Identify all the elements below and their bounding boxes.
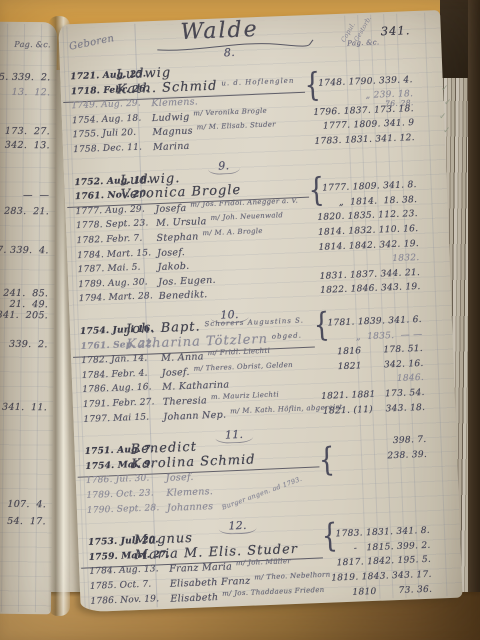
row-date: 1785. Oct. 7. xyxy=(90,580,152,592)
check-mark-icon: ✓ xyxy=(443,126,451,136)
row-values: „ 1835. — — xyxy=(356,330,423,343)
row-marriage-note: m/ Veronika Brogle xyxy=(193,107,267,118)
row-name: M. Katharina xyxy=(162,380,229,394)
row-marriage-note: m/ M. Elisab. Studer xyxy=(197,121,276,132)
previous-page-fragment: 7. 339. 4. xyxy=(0,245,49,257)
row-marriage-note: u. d. Hoflenglen xyxy=(221,76,294,87)
row-date: 1789. Aug. 30. xyxy=(78,277,148,290)
row-date: 1787. Mai. 5. xyxy=(78,263,141,275)
row-name: Klemens. xyxy=(151,97,198,110)
check-mark-icon: ✓ xyxy=(444,98,452,108)
row-date: 1784. Febr. 4. xyxy=(82,368,148,381)
row-marriage-note: m/ Theo. Nebelhorn xyxy=(254,571,330,582)
previous-page-fragment: 13. 12. xyxy=(12,87,51,98)
previous-page-fragment: 173. 27. xyxy=(5,126,50,137)
row-name: Josef. xyxy=(157,247,185,259)
previous-page-fragment: 339. 2. xyxy=(9,339,48,350)
row-date: 1758. Dec. 11. xyxy=(73,143,142,156)
row-date: 1782. Jan. 14. xyxy=(81,354,148,367)
row-marriage-note: m/ Joh. Neuenwald xyxy=(210,212,283,223)
row-name: Josef. xyxy=(166,472,194,484)
row-marriage-note: m. Mauriz Liechti xyxy=(211,390,279,401)
previous-page-fragment: 107. 4. xyxy=(7,499,46,510)
row-date: 1786. Aug. 16. xyxy=(82,383,152,396)
row-date: 1790. Sept. 28. xyxy=(87,503,160,516)
previous-page-fragment: 342. 13. xyxy=(5,140,50,151)
previous-page-fragment: 241. 85. xyxy=(3,288,48,299)
row-date: 1797. Mai 15. xyxy=(83,412,149,425)
row-date: 1784. Mart. 15. xyxy=(77,248,152,261)
row-date: 1755. Juli 20. xyxy=(72,128,136,140)
row-name: Benedikt. xyxy=(159,290,208,303)
row-name: Jos. Eugen. xyxy=(158,275,216,288)
previous-page-fragment: 5. 339. 2. xyxy=(0,72,51,84)
row-date: 1794. Mart. 28. xyxy=(79,292,154,305)
row-date: 1786. Nov. 19. xyxy=(90,594,159,607)
row-name: Johannes xyxy=(167,501,214,514)
row-marriage-note: m/ M. A. Brogle xyxy=(202,227,263,237)
previous-page-fragment: Pag. &c. xyxy=(14,40,51,49)
row-name: Jakob. xyxy=(157,261,189,273)
row-marriage-note: m/ Fridl. Liechti xyxy=(207,347,270,357)
check-mark-icon: ✓ xyxy=(439,112,447,122)
previous-page-fragment: 21. 49. xyxy=(9,299,48,310)
row-date: 1791. Febr. 27. xyxy=(83,397,155,410)
row-date: 1749. Aug. 29. xyxy=(71,99,141,112)
row-date: 1778. Sept. 23. xyxy=(76,219,149,232)
previous-page-fragment: 341. 11. xyxy=(2,402,47,413)
previous-page-fragment: 283. 21. xyxy=(4,206,49,217)
row-values: 398. 7. xyxy=(393,435,427,446)
row-date: 1784. Aug. 13. xyxy=(89,565,159,578)
row-date: 1777. Aug. 29. xyxy=(75,204,145,217)
register-book-photo: Pag. &c.5. 339. 2.13. 12.173. 27.342. 13… xyxy=(0,0,480,640)
row-marriage-note: m/ Joh. Müller xyxy=(236,558,291,568)
previous-page-fragment: — — xyxy=(23,190,49,201)
row-date: 1789. Oct. 23. xyxy=(86,488,154,501)
check-mark-icon: ✓ xyxy=(441,84,449,94)
previous-page-fragment: 54. 17. xyxy=(7,516,46,527)
row-date: 1782. Febr. 7. xyxy=(76,234,142,247)
row-values: 238. 39. xyxy=(387,450,427,462)
family-number-heading: 8. xyxy=(199,45,259,60)
pag-column-header: Pag. &c. xyxy=(347,38,380,47)
previous-page-fragment: 341. 205. xyxy=(0,310,48,322)
row-marriage-note: obged. xyxy=(272,331,302,340)
row-marriage-note: Schorers Augustins S. xyxy=(204,316,304,328)
row-name: Marina xyxy=(153,141,190,153)
row-date: 1786. Jul. 30. xyxy=(86,474,150,486)
row-date: 1754. Aug. 18. xyxy=(72,113,142,126)
book-cover-edge xyxy=(468,0,480,640)
register-page: Geboren Walde 8. 341. Pag. &c. Copul. Ge… xyxy=(58,10,462,612)
